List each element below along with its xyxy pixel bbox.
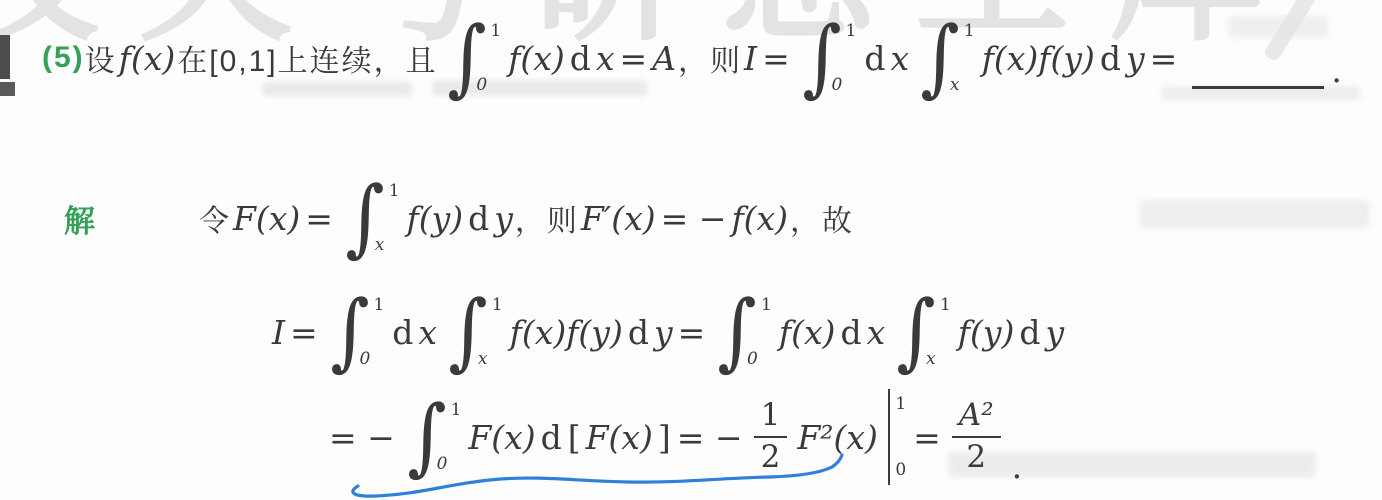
equals-sign: = — [678, 313, 706, 352]
math-I: I — [272, 313, 285, 352]
math-d: d — [392, 313, 413, 352]
integral-upper-limit: 1 — [846, 21, 857, 41]
cn-text: ，故 — [790, 196, 854, 240]
math-x: x — [867, 313, 886, 352]
integral-sign: ∫ — [802, 19, 841, 96]
integral: ∫ 1 0 — [715, 293, 772, 370]
blue-underline-annotation — [338, 450, 858, 500]
evaluation-bar: 1 0 — [888, 389, 906, 485]
math-fxfy: f(x)f(y) — [982, 39, 1095, 78]
integral: ∫ 1 0 — [328, 293, 385, 370]
math-y: y — [1126, 39, 1145, 78]
math-fx: f(x) — [508, 39, 565, 78]
math-x: x — [418, 313, 437, 352]
page-edge-fragment — [0, 35, 10, 79]
equals-sign: = — [620, 39, 648, 78]
math-d: d — [864, 39, 885, 78]
equals-sign: = — [1150, 39, 1178, 78]
math-x: x — [890, 39, 909, 78]
math-y: y — [654, 313, 673, 352]
integral-sign: ∫ — [345, 179, 384, 256]
problem-number: (5) — [42, 41, 85, 75]
integral: ∫ 1 0 — [800, 19, 857, 96]
evaluation-lower-limit: 0 — [895, 460, 906, 480]
equals-sign: = — [305, 199, 333, 238]
integral-upper-limit: 1 — [940, 295, 951, 315]
fraction-numerator: 1 — [754, 398, 788, 438]
cn-text: 设 — [85, 36, 117, 80]
scanned-textbook-page: 技天与研恋工库 (5) 设 f(x) 在[0,1]上连续，且 ∫ 1 0 f(x… — [0, 0, 1382, 500]
period: . — [1331, 51, 1342, 90]
math-y: y — [1046, 313, 1065, 352]
math-F-prime-x: F′(x) — [581, 199, 656, 238]
equals-sign: = — [290, 313, 318, 352]
math-d: d — [628, 313, 649, 352]
fraction-numerator: A² — [952, 398, 1001, 438]
math-d: d — [468, 199, 489, 238]
equals-sign: = — [762, 39, 790, 78]
integral: ∫ 1 x — [894, 293, 951, 370]
period: . — [1012, 447, 1023, 486]
cn-text: ，则 — [678, 36, 742, 80]
math-fx: f(x) — [779, 313, 836, 352]
solution-line-2: I = ∫ 1 0 d x ∫ 1 x f(x)f(y) d y = ∫ 1 0 — [270, 274, 1066, 390]
math-d: d — [570, 39, 591, 78]
math-fy: f(y) — [407, 199, 464, 238]
integral-upper-limit: 1 — [492, 295, 503, 315]
math-d: d — [840, 313, 861, 352]
integral-sign: ∫ — [447, 19, 486, 96]
cn-text: ，则 — [515, 196, 579, 240]
integral-upper-limit: 1 — [490, 21, 501, 41]
integral: ∫ 1 x — [343, 179, 400, 256]
integral-upper-limit: 1 — [373, 295, 384, 315]
integral-sign: ∫ — [717, 293, 756, 370]
math-fxfy: f(x)f(y) — [510, 313, 623, 352]
cn-text: 在[0,1]上连续，且 — [177, 36, 437, 80]
math-fy: f(y) — [958, 313, 1015, 352]
math-x: x — [596, 39, 615, 78]
integral: ∫ 1 x — [918, 19, 975, 96]
evaluation-bar-limits: 1 0 — [890, 389, 906, 485]
page-edge-fragment — [0, 82, 15, 96]
integral-upper-limit: 1 — [389, 181, 400, 201]
math-Fx: F(x) — [233, 199, 300, 238]
faint-smudge — [1140, 200, 1370, 228]
math-fx: f(x) — [119, 39, 176, 78]
solution-label: 解 — [64, 196, 97, 241]
math-I: I — [744, 39, 757, 78]
integral-sign: ∫ — [448, 293, 487, 370]
integral-upper-limit: 1 — [964, 21, 975, 41]
math-d: d — [1100, 39, 1121, 78]
integral-upper-limit: 1 — [761, 295, 772, 315]
integral-sign: ∫ — [896, 293, 935, 370]
integral-sign: ∫ — [330, 293, 369, 370]
integral-upper-limit: 1 — [451, 400, 462, 420]
integral: ∫ 1 0 — [445, 19, 502, 96]
equals-sign: = — [913, 418, 941, 457]
solution-line-1: 解 令 F(x) = ∫ 1 x f(y) d y ，则 F′(x) = − f… — [64, 166, 854, 270]
math-y: y — [494, 199, 513, 238]
integral-sign: ∫ — [920, 19, 959, 96]
integral: ∫ 1 x — [446, 293, 503, 370]
answer-blank — [1192, 86, 1324, 89]
fraction-denominator: 2 — [966, 438, 986, 476]
math-A: A — [652, 39, 676, 78]
evaluation-upper-limit: 1 — [895, 394, 906, 414]
math-fx: f(x) — [731, 199, 788, 238]
fraction-A-squared-over-2: A² 2 — [952, 398, 1001, 475]
cn-text: 令 — [199, 196, 231, 240]
equals-minus: = − — [661, 199, 727, 238]
math-d: d — [1019, 313, 1040, 352]
problem-statement-line: (5) 设 f(x) 在[0,1]上连续，且 ∫ 1 0 f(x) d x = … — [42, 14, 1345, 102]
